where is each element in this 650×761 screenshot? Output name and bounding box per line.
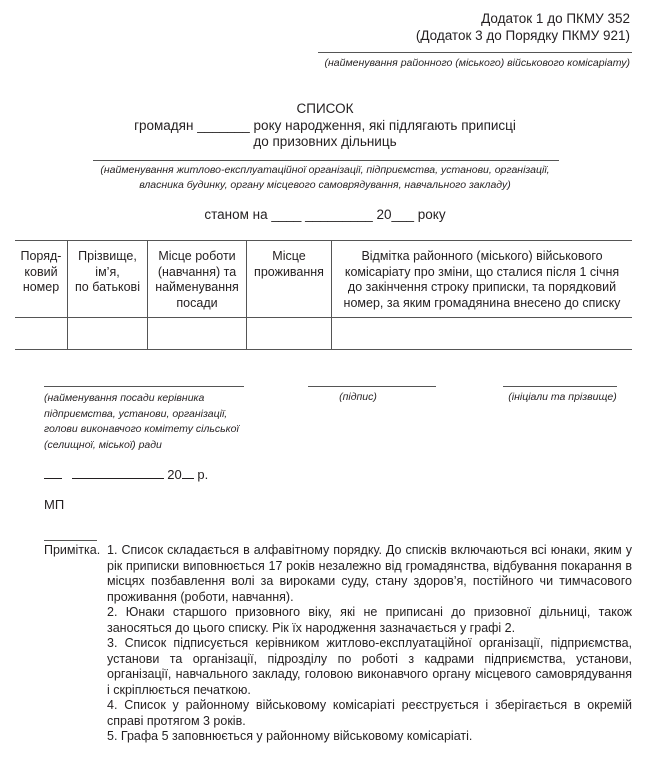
table-body (15, 318, 632, 350)
stamp-placeholder: МП (44, 497, 64, 512)
column-header-residence: Місцепроживання (247, 241, 332, 318)
title-line-2-prefix: громадян (134, 118, 193, 133)
document-title: СПИСОК громадян _______ року народження,… (0, 101, 650, 151)
column-header-line: по батькові (70, 280, 145, 296)
conscripts-table: Поряд-ковийномер Прізвище,ім’я,по батько… (15, 240, 632, 350)
column-header-line: посади (150, 296, 244, 312)
column-header-number: Поряд-ковийномер (15, 241, 68, 318)
column-header-line: проживання (249, 265, 329, 281)
table-row (15, 318, 632, 350)
signature-fill-line (308, 386, 436, 387)
notes-separator (44, 540, 97, 541)
position-caption-line: (найменування посади керівника (44, 391, 264, 407)
position-caption-line: (селищної, міської) ради (44, 438, 264, 454)
table-header-row: Поряд-ковийномер Прізвище,ім’я,по батько… (15, 241, 632, 318)
day-blank (44, 466, 62, 479)
column-header-workplace: Місце роботи(навчання) танайменуванняпос… (148, 241, 247, 318)
column-header-line: номер, за яким громадянина внесено до сп… (334, 296, 630, 312)
column-header-line: номер (17, 280, 65, 296)
annex-line-2: (Додаток 3 до Порядку ПКМУ 921) (416, 27, 630, 44)
column-header-full-name: Прізвище,ім’я,по батькові (68, 241, 148, 318)
organization-caption-line-1: (найменування житлово-експлуатаційної ор… (60, 163, 590, 178)
column-header-line: Відмітка районного (міського) військовог… (334, 249, 630, 265)
note-item: 4. Список у районному військовому коміса… (107, 698, 632, 729)
column-header-line: комісаріату про зміни, що сталися після … (334, 265, 630, 281)
commissariat-fill-line (318, 52, 632, 53)
table-cell[interactable] (247, 318, 332, 350)
name-caption: (ініціали та прізвище) (500, 391, 625, 403)
title-heading: СПИСОК (0, 101, 650, 118)
column-header-line: найменування (150, 280, 244, 296)
position-fill-line (44, 386, 244, 387)
position-caption: (найменування посади керівникапідприємст… (44, 391, 264, 453)
column-header-line: Поряд- (17, 249, 65, 265)
note-item: 2. Юнаки старшого призовного віку, які н… (107, 605, 632, 636)
column-header-line: Місце роботи (150, 249, 244, 265)
column-header-line: Прізвище, (70, 249, 145, 265)
title-line-2: громадян _______ року народження, які пі… (0, 118, 650, 135)
year-prefix: 20 (167, 467, 181, 482)
birth-year-blank: _______ (197, 118, 250, 133)
column-header-line: (навчання) та (150, 265, 244, 281)
title-line-3: до призовних дільниць (0, 134, 650, 151)
year-blank (182, 466, 194, 479)
notes-list: 1. Список складається в алфавітному поря… (107, 543, 632, 745)
annex-reference: Додаток 1 до ПКМУ 352 (Додаток 3 до Поря… (416, 10, 630, 44)
name-fill-line (503, 386, 617, 387)
table-cell[interactable] (15, 318, 68, 350)
note-item: 1. Список складається в алфавітному поря… (107, 543, 632, 605)
notes-label: Примітка. (44, 543, 100, 559)
year-suffix: р. (197, 467, 208, 482)
signature-caption: (підпис) (308, 391, 408, 403)
table-cell[interactable] (332, 318, 633, 350)
column-header-line: Місце (249, 249, 329, 265)
title-line-2-suffix: року народження, які підлягають приписці (254, 118, 516, 133)
column-header-line: ім’я, (70, 265, 145, 281)
note-item: 5. Графа 5 заповнюється у районному війс… (107, 729, 632, 745)
organization-caption: (найменування житлово-експлуатаційної ор… (60, 163, 590, 193)
position-caption-line: голови виконавчого комітету сільської (44, 422, 264, 438)
table-cell[interactable] (148, 318, 247, 350)
column-header-line: до закінчення строку приписки, та порядк… (334, 280, 630, 296)
position-caption-line: підприємства, установи, організації, (44, 407, 264, 423)
signature-date: 20 р. (44, 466, 208, 482)
table-cell[interactable] (68, 318, 148, 350)
column-header-commissariat-note: Відмітка районного (міського) військовог… (332, 241, 633, 318)
commissariat-caption: (найменування районного (міського) війсь… (325, 57, 631, 69)
as-of-date: станом на ____ _________ 20___ року (0, 207, 650, 222)
month-blank (72, 466, 164, 479)
organization-fill-line (93, 160, 559, 161)
column-header-line: ковий (17, 265, 65, 281)
organization-caption-line-2: власника будинку, органу місцевого самов… (60, 178, 590, 193)
note-item: 3. Список підписується керівником житлов… (107, 636, 632, 698)
annex-line-1: Додаток 1 до ПКМУ 352 (416, 10, 630, 27)
